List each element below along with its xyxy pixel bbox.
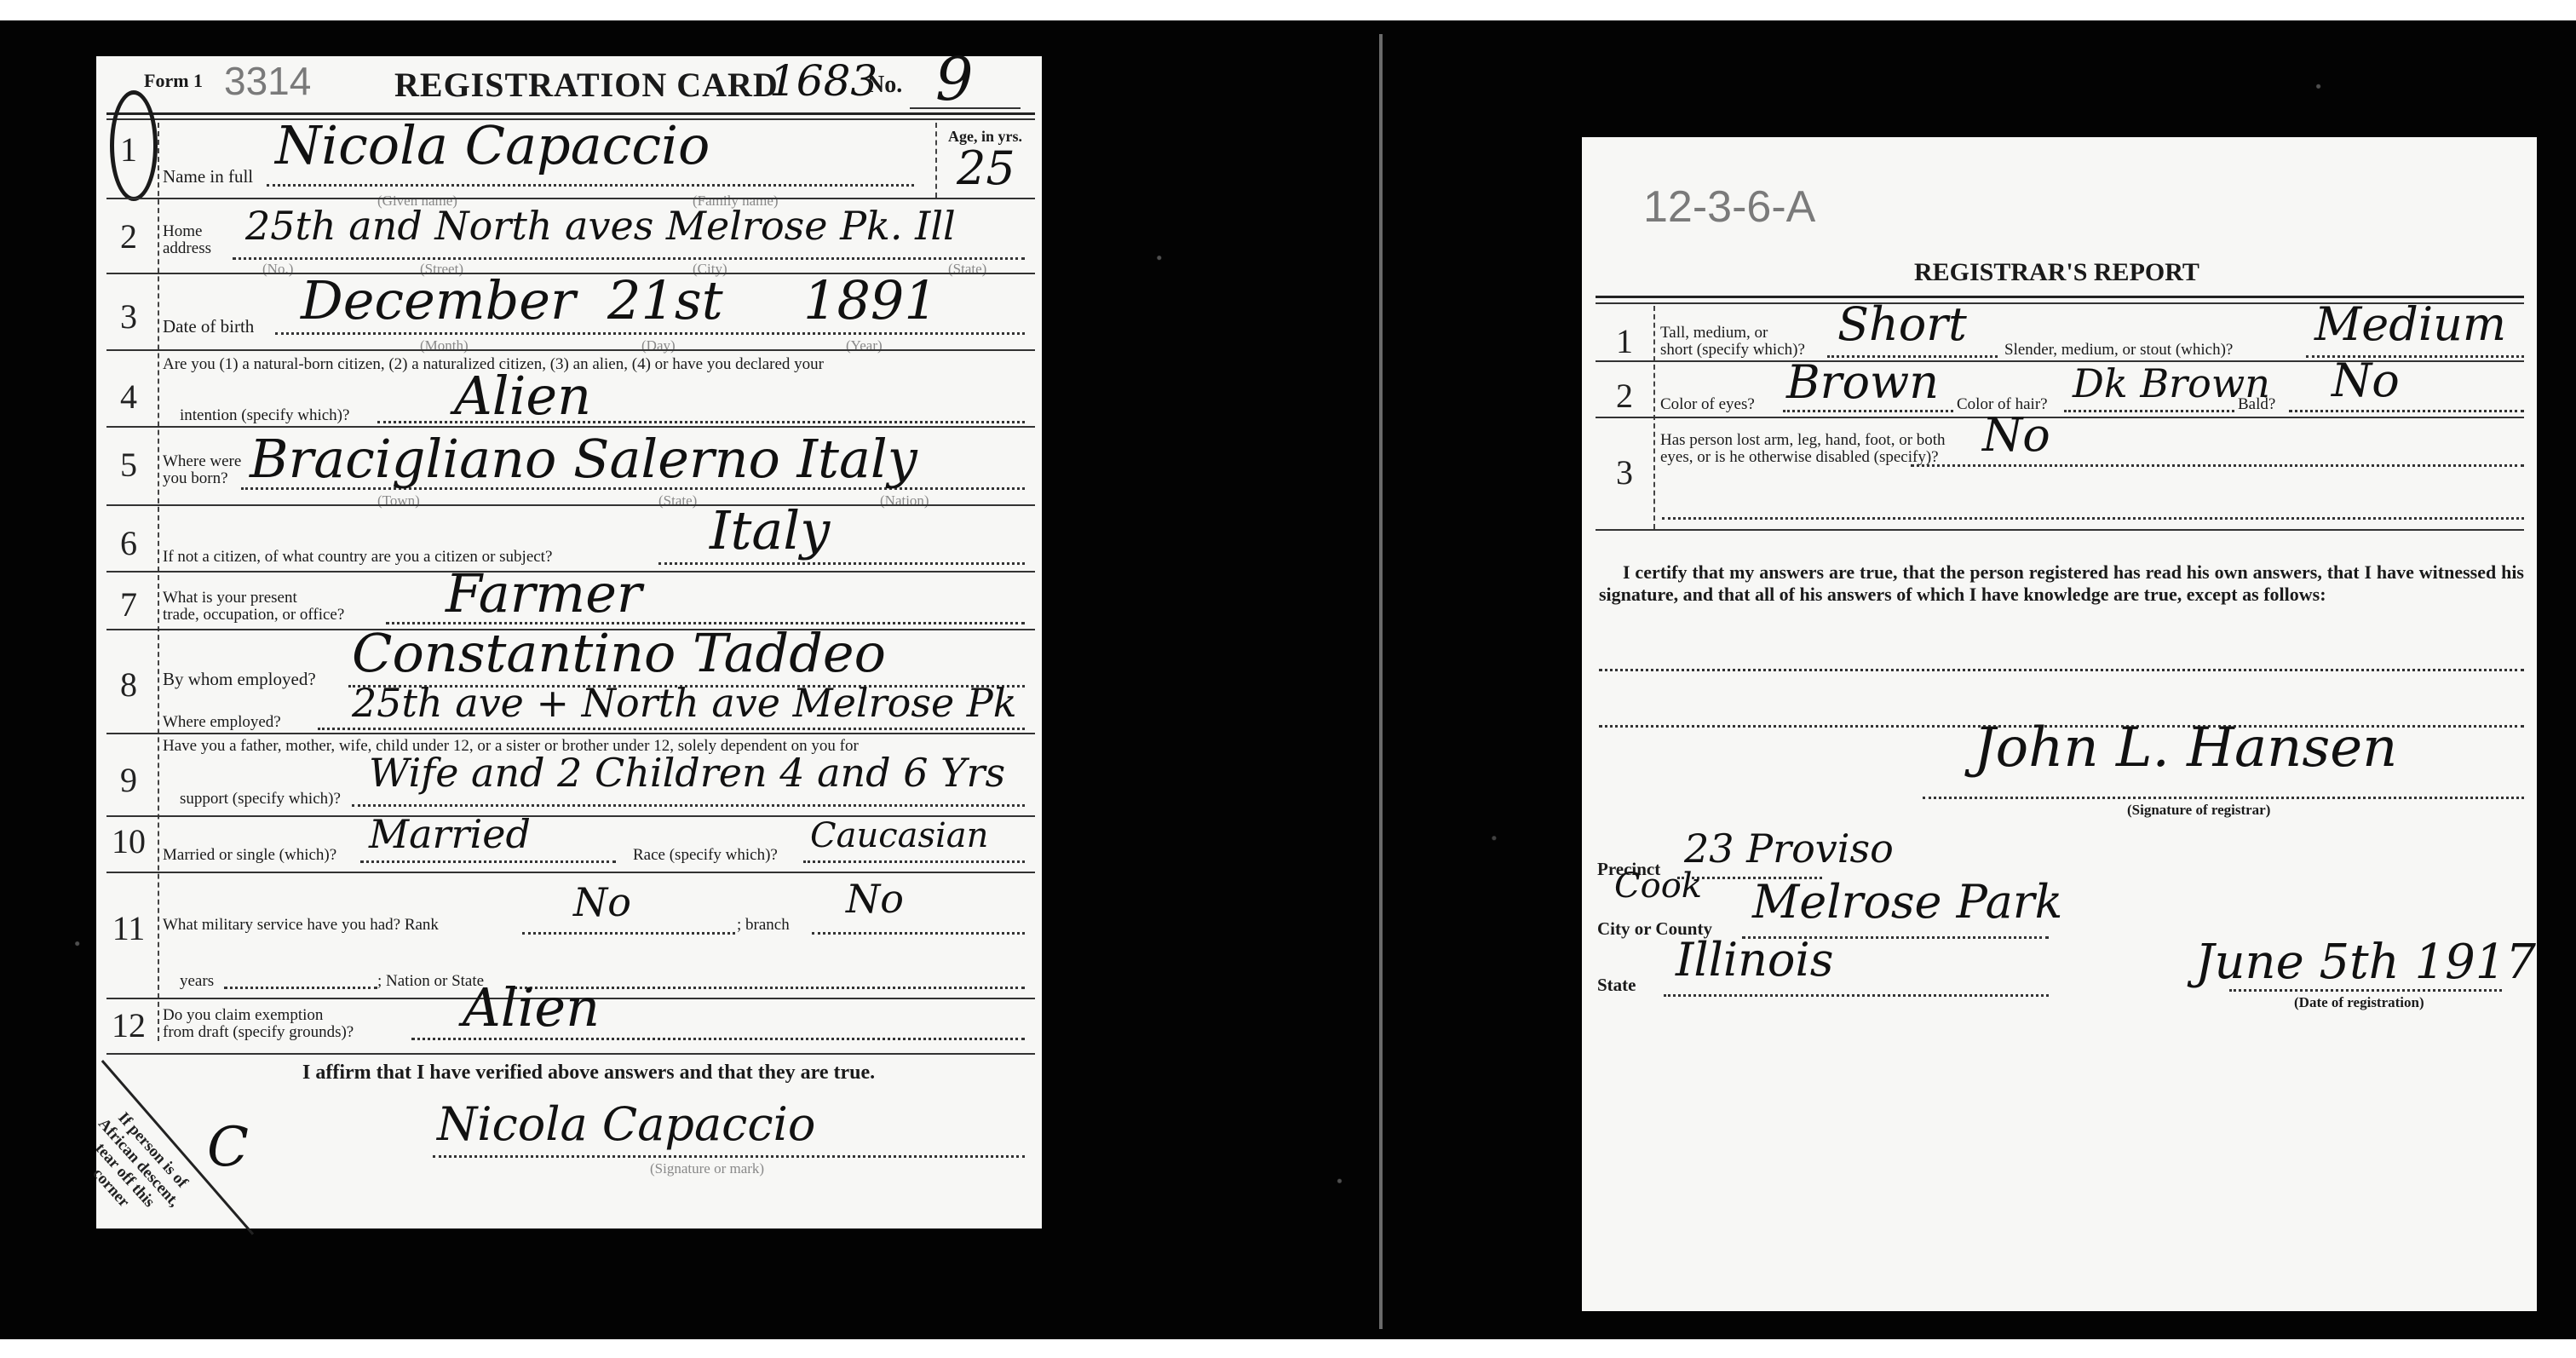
certification-text: I certify that my answers are true, that… xyxy=(1599,561,2524,606)
dob-label: Date of birth xyxy=(163,317,254,336)
month-sublabel: (Month) xyxy=(420,337,469,354)
home-label-line-2: address xyxy=(163,240,211,257)
row-number-7: 7 xyxy=(103,584,154,624)
eye-color-value[interactable]: Brown xyxy=(1786,355,1939,409)
state-sublabel: (State) xyxy=(948,261,986,278)
row-number-11: 11 xyxy=(103,908,154,948)
years-label: years xyxy=(180,973,214,990)
rank-value[interactable]: No xyxy=(573,879,631,925)
marital-label: Married or single (which)? xyxy=(163,847,336,864)
no-label: No. xyxy=(867,72,902,99)
town-sublabel: (Town) xyxy=(377,492,420,509)
work-location-label: Where employed? xyxy=(163,714,281,731)
state-sublabel-5: (State) xyxy=(658,492,697,509)
citizenship-value[interactable]: Alien xyxy=(454,365,591,427)
bald-label: Bald? xyxy=(2238,396,2275,413)
city-county-value[interactable]: Melrose Park xyxy=(1752,875,2062,929)
employer-value[interactable]: Constantino Taddeo xyxy=(352,622,886,684)
row-number-6: 6 xyxy=(103,523,154,563)
birthplace-value[interactable]: Bracigliano Salerno Italy xyxy=(250,428,917,490)
birthplace-label-line-1: Where were xyxy=(163,453,241,470)
card-number-underline xyxy=(910,107,1021,109)
state-value[interactable]: Illinois xyxy=(1676,933,1833,987)
exemption-label-line-1: Do you claim exemption xyxy=(163,1007,323,1024)
rank-line xyxy=(522,932,735,935)
occupation-label-line-2: trade, occupation, or office? xyxy=(163,607,344,624)
stamp-number: 12-3-6-A xyxy=(1643,181,1815,233)
scan-divider-line xyxy=(1379,34,1383,1329)
dob-day[interactable]: 21st xyxy=(607,269,723,331)
age-column-divider xyxy=(935,123,937,198)
report-row-number-3: 3 xyxy=(1599,452,1650,492)
year-sublabel: (Year) xyxy=(846,337,883,354)
exemption-label-line-2: from draft (specify grounds)? xyxy=(163,1024,354,1041)
registrar-signature-label: (Signature of registrar) xyxy=(2127,802,2270,819)
row-10-bottom xyxy=(106,872,1035,873)
serial-number: 3314 xyxy=(224,58,311,104)
race-mark: C xyxy=(207,1116,249,1179)
row-3-bottom xyxy=(106,349,1035,351)
day-sublabel: (Day) xyxy=(641,337,676,354)
row-5-bottom xyxy=(106,504,1035,506)
intention-label: intention (specify which)? xyxy=(180,407,349,424)
height-label-line-1: Tall, medium, or xyxy=(1660,325,1768,342)
home-label-line-1: Home xyxy=(163,223,202,240)
disability-value[interactable]: No xyxy=(1982,408,2050,462)
disability-line xyxy=(1911,464,2524,467)
row-number-2: 2 xyxy=(103,216,154,256)
registration-date-label: (Date of registration) xyxy=(2294,994,2424,1011)
report-row-number-2: 2 xyxy=(1599,376,1650,416)
row-number-8: 8 xyxy=(103,665,154,705)
name-line xyxy=(267,184,914,187)
report-title: REGISTRAR'S REPORT xyxy=(1914,258,2199,287)
address-value[interactable]: 25th and North aves Melrose Pk. Ill xyxy=(245,203,956,249)
name-value[interactable]: Nicola Capaccio xyxy=(275,114,710,176)
dob-line xyxy=(275,332,1025,335)
nation-sublabel: (Nation) xyxy=(880,492,929,509)
branch-label: ; branch xyxy=(737,917,790,934)
exceptions-line-1 xyxy=(1599,669,2524,671)
race-label: Race (specify which)? xyxy=(633,847,778,864)
years-line xyxy=(224,987,377,989)
row-number-4: 4 xyxy=(103,377,154,417)
age-value[interactable]: 25 xyxy=(957,141,1015,195)
eye-color-label: Color of eyes? xyxy=(1660,396,1755,413)
dependents-value[interactable]: Wife and 2 Children 4 and 6 Yrs xyxy=(369,750,1005,796)
card-title: REGISTRATION CARD xyxy=(394,65,779,105)
dob-month[interactable]: December xyxy=(301,269,576,331)
registrar-signature-line xyxy=(1923,797,2524,799)
row-12-bottom xyxy=(106,1053,1035,1055)
marital-line xyxy=(360,860,616,863)
card-number: 9 xyxy=(935,44,974,114)
work-location-line xyxy=(318,728,1025,730)
row-number-1: 1 xyxy=(103,129,154,170)
row-number-12: 12 xyxy=(103,1005,154,1045)
height-label-line-2: short (specify which)? xyxy=(1660,342,1805,359)
employer-label: By whom employed? xyxy=(163,670,316,688)
disability-label-line-2: eyes, or is he otherwise disabled (speci… xyxy=(1660,449,1939,466)
precinct-value[interactable]: 23 Proviso xyxy=(1684,826,1894,872)
report-row-number-1: 1 xyxy=(1599,321,1650,361)
signature-line xyxy=(433,1155,1025,1158)
form-label: Form 1 xyxy=(144,70,203,92)
race-line xyxy=(803,860,1025,863)
build-label: Slender, medium, or stout (which)? xyxy=(2004,342,2233,359)
occupation-value[interactable]: Farmer xyxy=(446,562,642,624)
branch-line xyxy=(812,932,1025,935)
dependents-line xyxy=(352,804,1025,807)
report-row-3-bottom xyxy=(1596,529,2524,531)
name-label: Name in full xyxy=(163,167,253,186)
registrant-signature[interactable]: Nicola Capaccio xyxy=(437,1097,815,1151)
bald-line xyxy=(2289,410,2524,412)
eye-color-line xyxy=(1783,410,1953,412)
height-value[interactable]: Short xyxy=(1837,297,1967,351)
state-label: State xyxy=(1597,975,1636,994)
occupation-label-line-1: What is your present xyxy=(163,590,297,607)
hair-color-line xyxy=(2064,410,2234,412)
race-value[interactable]: Caucasian xyxy=(810,816,988,855)
disability-line-2 xyxy=(1662,517,2524,520)
dob-year[interactable]: 1891 xyxy=(803,269,938,331)
branch-value[interactable]: No xyxy=(846,876,904,922)
order-number: 1683 xyxy=(769,56,877,106)
county-note[interactable]: Cook xyxy=(1614,866,1702,906)
marital-value[interactable]: Married xyxy=(369,811,531,857)
military-service-label: What military service have you had? Rank xyxy=(163,917,439,934)
citizen-of-value[interactable]: Italy xyxy=(710,499,830,561)
row-number-3: 3 xyxy=(103,296,154,337)
registration-date-line xyxy=(2229,989,2502,992)
report-row-2-bottom xyxy=(1596,417,2524,418)
registrar-report-card: 12-3-6-A REGISTRAR'S REPORT 1 Tall, medi… xyxy=(1582,137,2537,1311)
work-location-value[interactable]: 25th ave + North ave Melrose Pk xyxy=(352,680,1017,726)
address-line xyxy=(233,257,1025,260)
birthplace-label-line-2: you born? xyxy=(163,470,228,487)
state-line xyxy=(1664,994,2049,997)
row-number-10: 10 xyxy=(103,821,154,861)
signature-label: (Signature or mark) xyxy=(650,1160,764,1177)
exemption-value[interactable]: Alien xyxy=(463,976,600,1039)
build-value[interactable]: Medium xyxy=(2314,297,2506,351)
registration-date[interactable]: June 5th 1917 xyxy=(2195,935,2536,990)
no-sublabel: (No.) xyxy=(262,261,293,278)
number-column-divider xyxy=(158,123,159,1041)
row-number-9: 9 xyxy=(103,760,154,800)
row-number-5: 5 xyxy=(103,445,154,485)
dependents-label: support (specify which)? xyxy=(180,791,341,808)
registrar-signature[interactable]: John L. Hansen xyxy=(1974,716,2397,780)
citizen-of-line xyxy=(658,562,1025,565)
row-1-bottom xyxy=(106,198,1035,199)
bald-value[interactable]: No xyxy=(2332,354,2400,407)
disability-label-line-1: Has person lost arm, leg, hand, foot, or… xyxy=(1660,432,1946,449)
registration-card: Form 1 3314 REGISTRATION CARD 1683 No. 9… xyxy=(96,56,1042,1229)
row-8-bottom xyxy=(106,733,1035,734)
affirmation-text: I affirm that I have verified above answ… xyxy=(302,1062,875,1085)
